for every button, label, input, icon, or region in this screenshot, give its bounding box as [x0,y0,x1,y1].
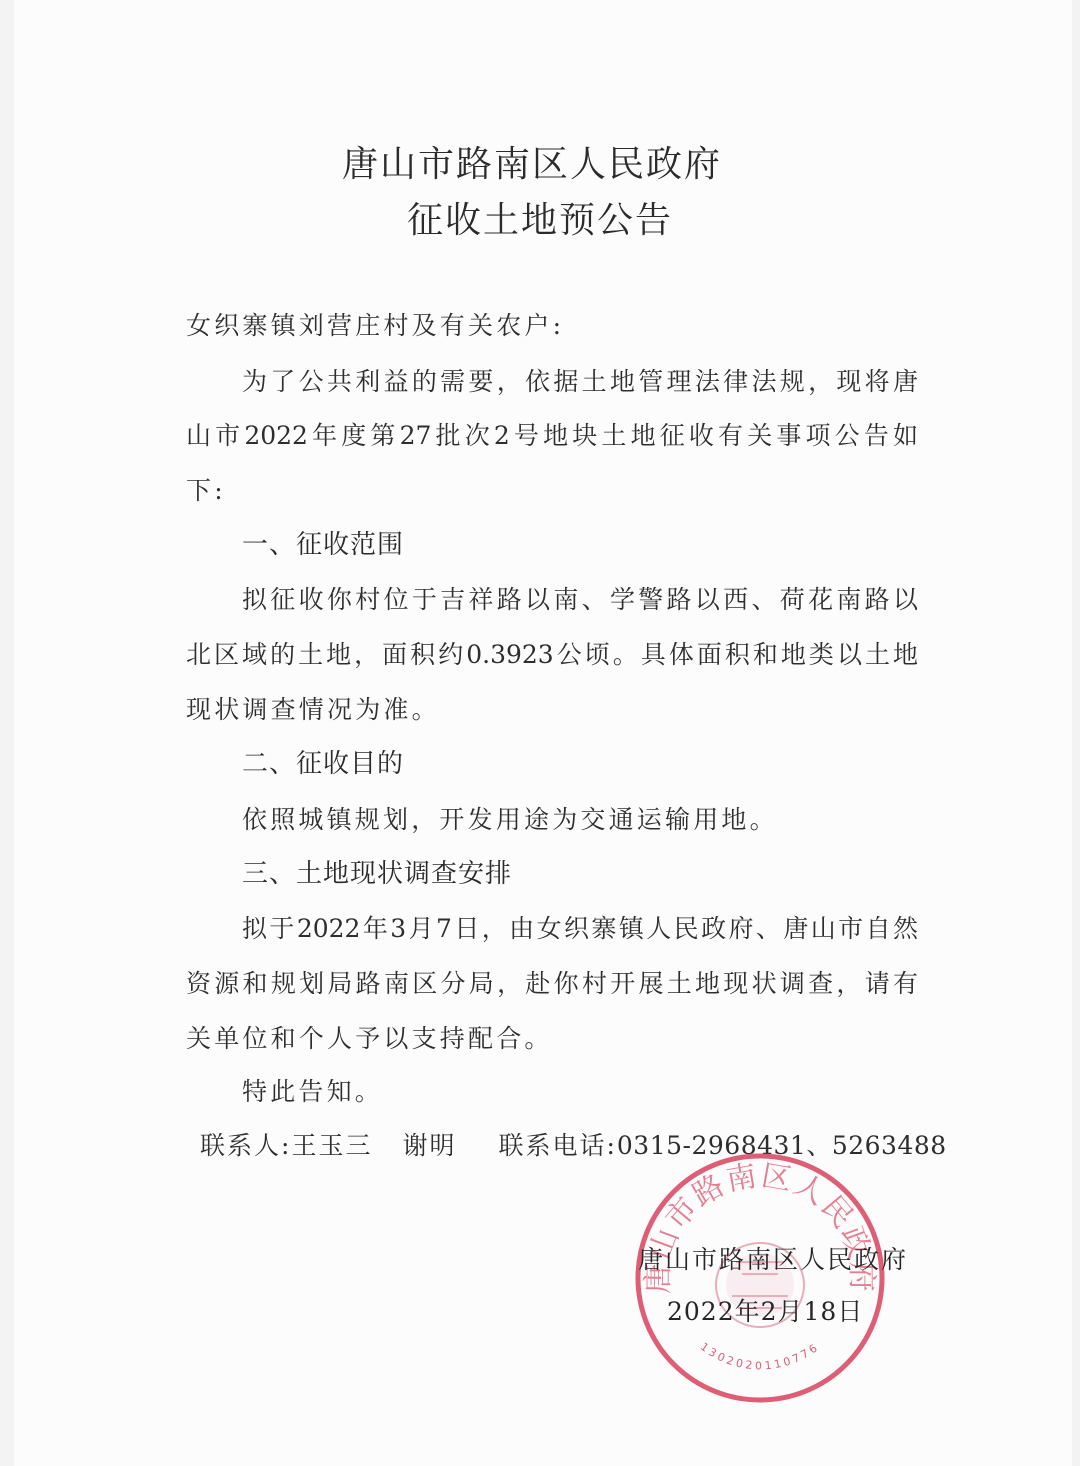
closing-text: 特此告知。 [242,1072,383,1108]
intro-line-2: 山市2022年度第27批次2号地块土地征收有关事项公告如 [186,416,918,452]
contact-person-1: 王玉三 [291,1126,372,1162]
contact-phone-label: 联系电话: [498,1126,616,1162]
contact-person-2: 谢明 [402,1126,456,1162]
svg-text:1302020110776: 1302020110776 [698,1340,822,1372]
document-title-line2: 征收土地预公告 [0,192,1080,243]
signature-issuer: 唐山市路南区人民政府 [638,1240,908,1276]
section-survey-line-1: 拟于2022年3月7日，由女织寨镇人民政府、唐山市自然 [242,909,918,945]
section-scope-line-2: 北区域的土地，面积约0.3923公顷。具体面积和地类以土地 [186,635,918,671]
section-purpose-line-1: 依照城镇规划，开发用途为交通运输用地。 [242,800,778,836]
section-scope-line-1: 拟征收你村位于吉祥路以南、学警路以西、荷花南路以 [242,580,918,616]
section-survey-line-2: 资源和规划局路南区分局，赴你村开展土地现状调查，请有 [186,964,918,1000]
document-title-line1: 唐山市路南区人民政府 [0,136,1072,187]
official-seal-icon: 唐山市路南区人民政府 1302020110776 [632,1150,888,1406]
intro-line-1: 为了公共利益的需要，依据土地管理法律法规，现将唐 [242,362,918,398]
salutation: 女织寨镇刘营庄村及有关农户: [186,306,564,342]
section-survey-line-3: 关单位和个人予以支持配合。 [186,1019,553,1055]
section-heading-scope: 一、征收范围 [242,524,404,561]
section-scope-line-3: 现状调查情况为准。 [186,690,440,726]
section-heading-purpose: 二、征收目的 [242,743,404,780]
section-heading-survey: 三、土地现状调查安排 [242,853,512,890]
contact-person-label: 联系人: [200,1126,291,1162]
intro-line-3: 下: [186,471,226,507]
signature-date: 2022年2月18日 [667,1292,863,1328]
